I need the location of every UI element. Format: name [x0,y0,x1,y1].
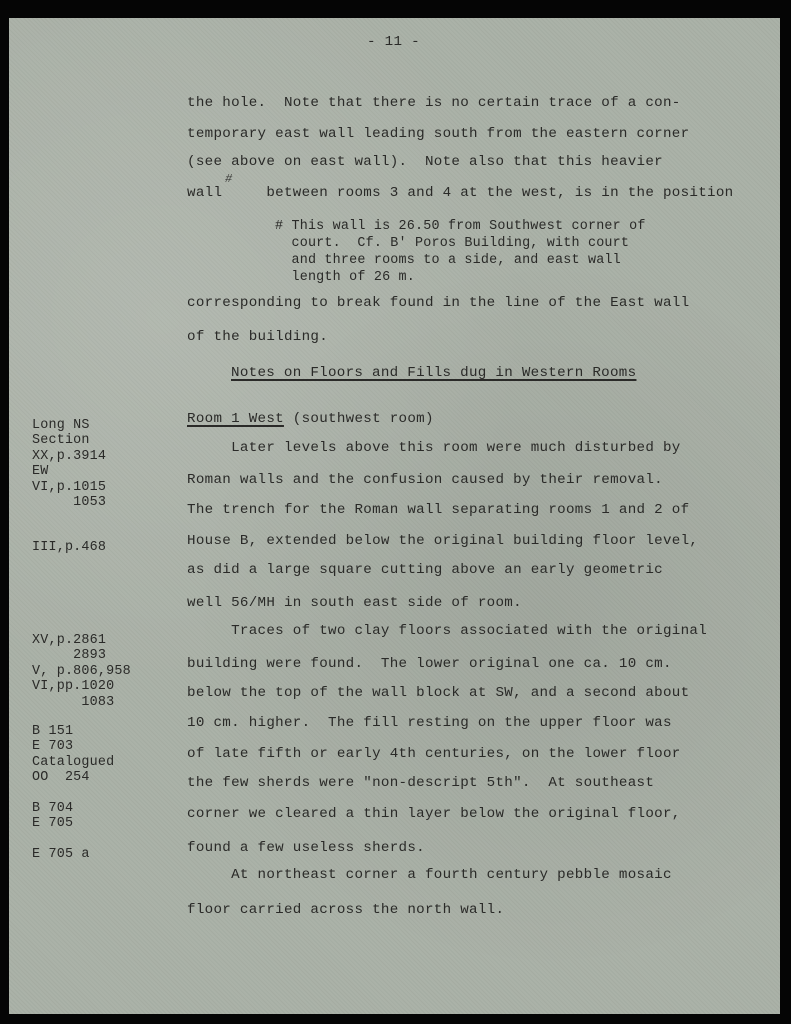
body-line: found a few useless sherds. [187,841,425,855]
room-heading: Room 1 West (southwest room) [187,412,434,426]
body-line: Traces of two clay floors associated wit… [187,624,707,638]
margin-note-inventory: B 704 E 705 [32,801,73,832]
body-line: At northeast corner a fourth century peb… [187,868,672,882]
body-line: corresponding to break found in the line… [187,296,689,310]
footnote-reference-mark: # [225,172,232,186]
footnote-line: length of 26 m. [275,269,415,286]
room-subtitle: (southwest room) [284,411,434,427]
margin-note-notebook-refs: XV,p.2861 2893 V, p.806,958 VI,pp.1020 1… [32,633,131,710]
body-line: (see above on east wall). Note also that… [187,155,663,169]
margin-note-inventory: E 705 a [32,847,90,862]
footnote-line: and three rooms to a side, and east wall [275,252,621,269]
body-line: Roman walls and the confusion caused by … [187,473,663,487]
margin-note-inventory: B 151 E 703 Catalogued OO 254 [32,724,114,786]
body-line: wall between rooms 3 and 4 at the west, … [187,186,733,200]
margin-note-section-refs: Long NS Section XX,p.3914 EW VI,p.1015 1… [32,418,106,510]
body-line: Later levels above this room were much d… [187,441,681,455]
body-line: below the top of the wall block at SW, a… [187,686,689,700]
body-line: House B, extended below the original bui… [187,534,698,548]
section-heading: Notes on Floors and Fills dug in Western… [231,366,636,380]
body-line: building were found. The lower original … [187,657,672,671]
body-line: 10 cm. higher. The fill resting on the u… [187,716,672,730]
page-number: - 11 - [367,35,420,49]
body-line: well 56/MH in south east side of room. [187,596,522,610]
body-line: The trench for the Roman wall separating… [187,503,689,517]
body-line: the few sherds were "non-descript 5th". … [187,776,654,790]
body-line: floor carried across the north wall. [187,903,504,917]
body-line: the hole. Note that there is no certain … [187,96,681,110]
margin-note-ref: III,p.468 [32,540,106,555]
body-line: as did a large square cutting above an e… [187,563,663,577]
body-line: corner we cleared a thin layer below the… [187,807,681,821]
body-line: of late fifth or early 4th centuries, on… [187,747,681,761]
body-line: temporary east wall leading south from t… [187,127,689,141]
footnote-line: # This wall is 26.50 from Southwest corn… [275,218,646,235]
body-line: of the building. [187,330,328,344]
room-title: Room 1 West [187,411,284,427]
footnote-line: court. Cf. B' Poros Building, with court [275,235,629,252]
